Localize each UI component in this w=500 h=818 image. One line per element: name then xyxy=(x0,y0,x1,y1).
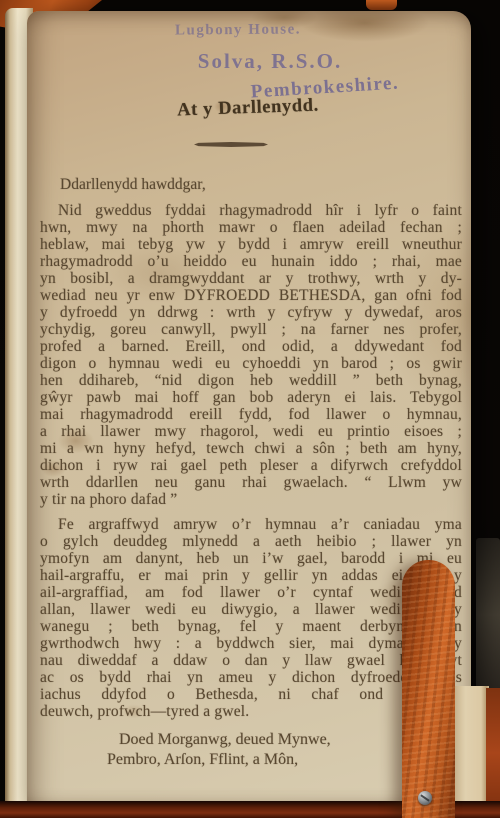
paragraph-1-last-line: y tir na phoro dafad ” xyxy=(40,491,462,508)
clamp-screw xyxy=(418,791,432,805)
ownership-stamp-line-2: Solva, R.S.O. xyxy=(155,49,385,74)
wood-frame-right xyxy=(486,688,500,818)
paragraph-2-last-line: deuwch, profwch—tyred a gwel. xyxy=(40,703,462,720)
wood-frame-top-sliver xyxy=(366,0,397,10)
paragraph-2: Fe argraffwyd amryw o’r hymnau a’r cania… xyxy=(40,516,462,703)
page-title: At y Darllenydd. xyxy=(128,94,369,123)
ownership-stamp-line-1: Lugbony House. xyxy=(123,21,353,40)
book-photograph: Lugbony House. Solva, R.S.O. Pembrokeshi… xyxy=(0,0,500,818)
decorative-rule xyxy=(194,142,268,147)
book-clamp-stick xyxy=(402,560,455,818)
page-corner-under-clamp xyxy=(453,686,489,808)
book-board-edge xyxy=(476,538,500,692)
verse-line-1: Doed Morganwg, deued Mynwe, xyxy=(119,730,331,750)
salutation: Ddarllenydd hawddgar, xyxy=(60,176,206,194)
paragraph-1: Nid gweddus fyddai rhagymadrodd hîr i ly… xyxy=(40,202,462,491)
verse-line-2: Pembro, Arſon, Fflint, a Môn, xyxy=(107,750,298,770)
